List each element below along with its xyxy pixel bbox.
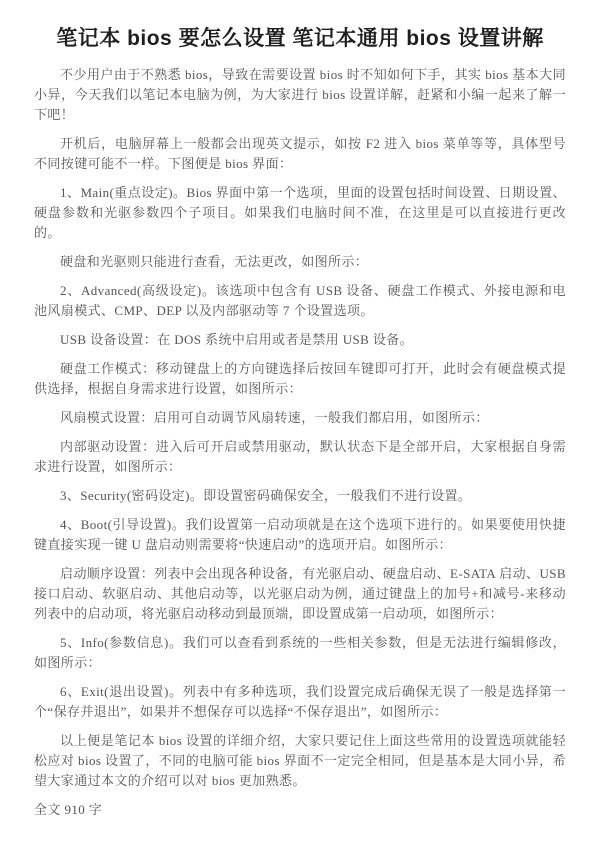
word-count: 全文 910 字 xyxy=(34,800,566,820)
paragraph-boot: 4、Boot(引导设置)。我们设置第一启动项就是在这个选项下进行的。如果要使用快… xyxy=(34,515,566,555)
paragraph-exit: 6、Exit(退出设置)。列表中有多种选项，我们设置完成后确保无误了一般是选择第… xyxy=(34,682,566,722)
paragraph-info: 5、Info(参数信息)。我们可以查看到系统的一些相关参数，但是无法进行编辑修改… xyxy=(34,633,566,673)
paragraph-security: 3、Security(密码设定)。即设置密码确保安全，一般我们不进行设置。 xyxy=(34,486,566,506)
paragraph-internal-drive: 内部驱动设置：进入后可开启或禁用驱动，默认状态下是全部开启，大家根据自身需求进行… xyxy=(34,437,566,477)
paragraph-disk-mode: 硬盘工作模式：移动键盘上的方向键选择后按回车键即可打开，此时会有硬盘模式提供选择… xyxy=(34,359,566,399)
paragraph-fan-mode: 风扇模式设置：启用可自动调节风扇转速，一般我们都启用，如图所示： xyxy=(34,408,566,428)
article-body: 不少用户由于不熟悉 bios，导致在需要设置 bios 时不知如何下手，其实 b… xyxy=(34,65,566,791)
paragraph-boot-order: 启动顺序设置：列表中会出现各种设备，有光驱启动、硬盘启动、E-SATA 启动、U… xyxy=(34,564,566,624)
paragraph-summary: 以上便是笔记本 bios 设置的详细介绍，大家只要记住上面这些常用的设置选项就能… xyxy=(34,731,566,791)
paragraph-usb-setting: USB 设备设置：在 DOS 系统中启用或者是禁用 USB 设备。 xyxy=(34,330,566,350)
paragraph-main-section: 1、Main(重点设定)。Bios 界面中第一个选项，里面的设置包括时间设置、日… xyxy=(34,183,566,243)
paragraph-disk-readonly: 硬盘和光驱则只能进行查看，无法更改，如图所示： xyxy=(34,252,566,272)
article-title: 笔记本 bios 要怎么设置 笔记本通用 bios 设置讲解 xyxy=(34,26,566,52)
paragraph-advanced: 2、Advanced(高级设定)。该选项中包含有 USB 设备、硬盘工作模式、外… xyxy=(34,281,566,321)
paragraph-boot-prompt: 开机后，电脑屏幕上一般都会出现英文提示，如按 F2 进入 bios 菜单等等，具… xyxy=(34,134,566,174)
article-page: 笔记本 bios 要怎么设置 笔记本通用 bios 设置讲解 不少用户由于不熟悉… xyxy=(0,0,600,849)
paragraph-intro: 不少用户由于不熟悉 bios，导致在需要设置 bios 时不知如何下手，其实 b… xyxy=(34,65,566,125)
